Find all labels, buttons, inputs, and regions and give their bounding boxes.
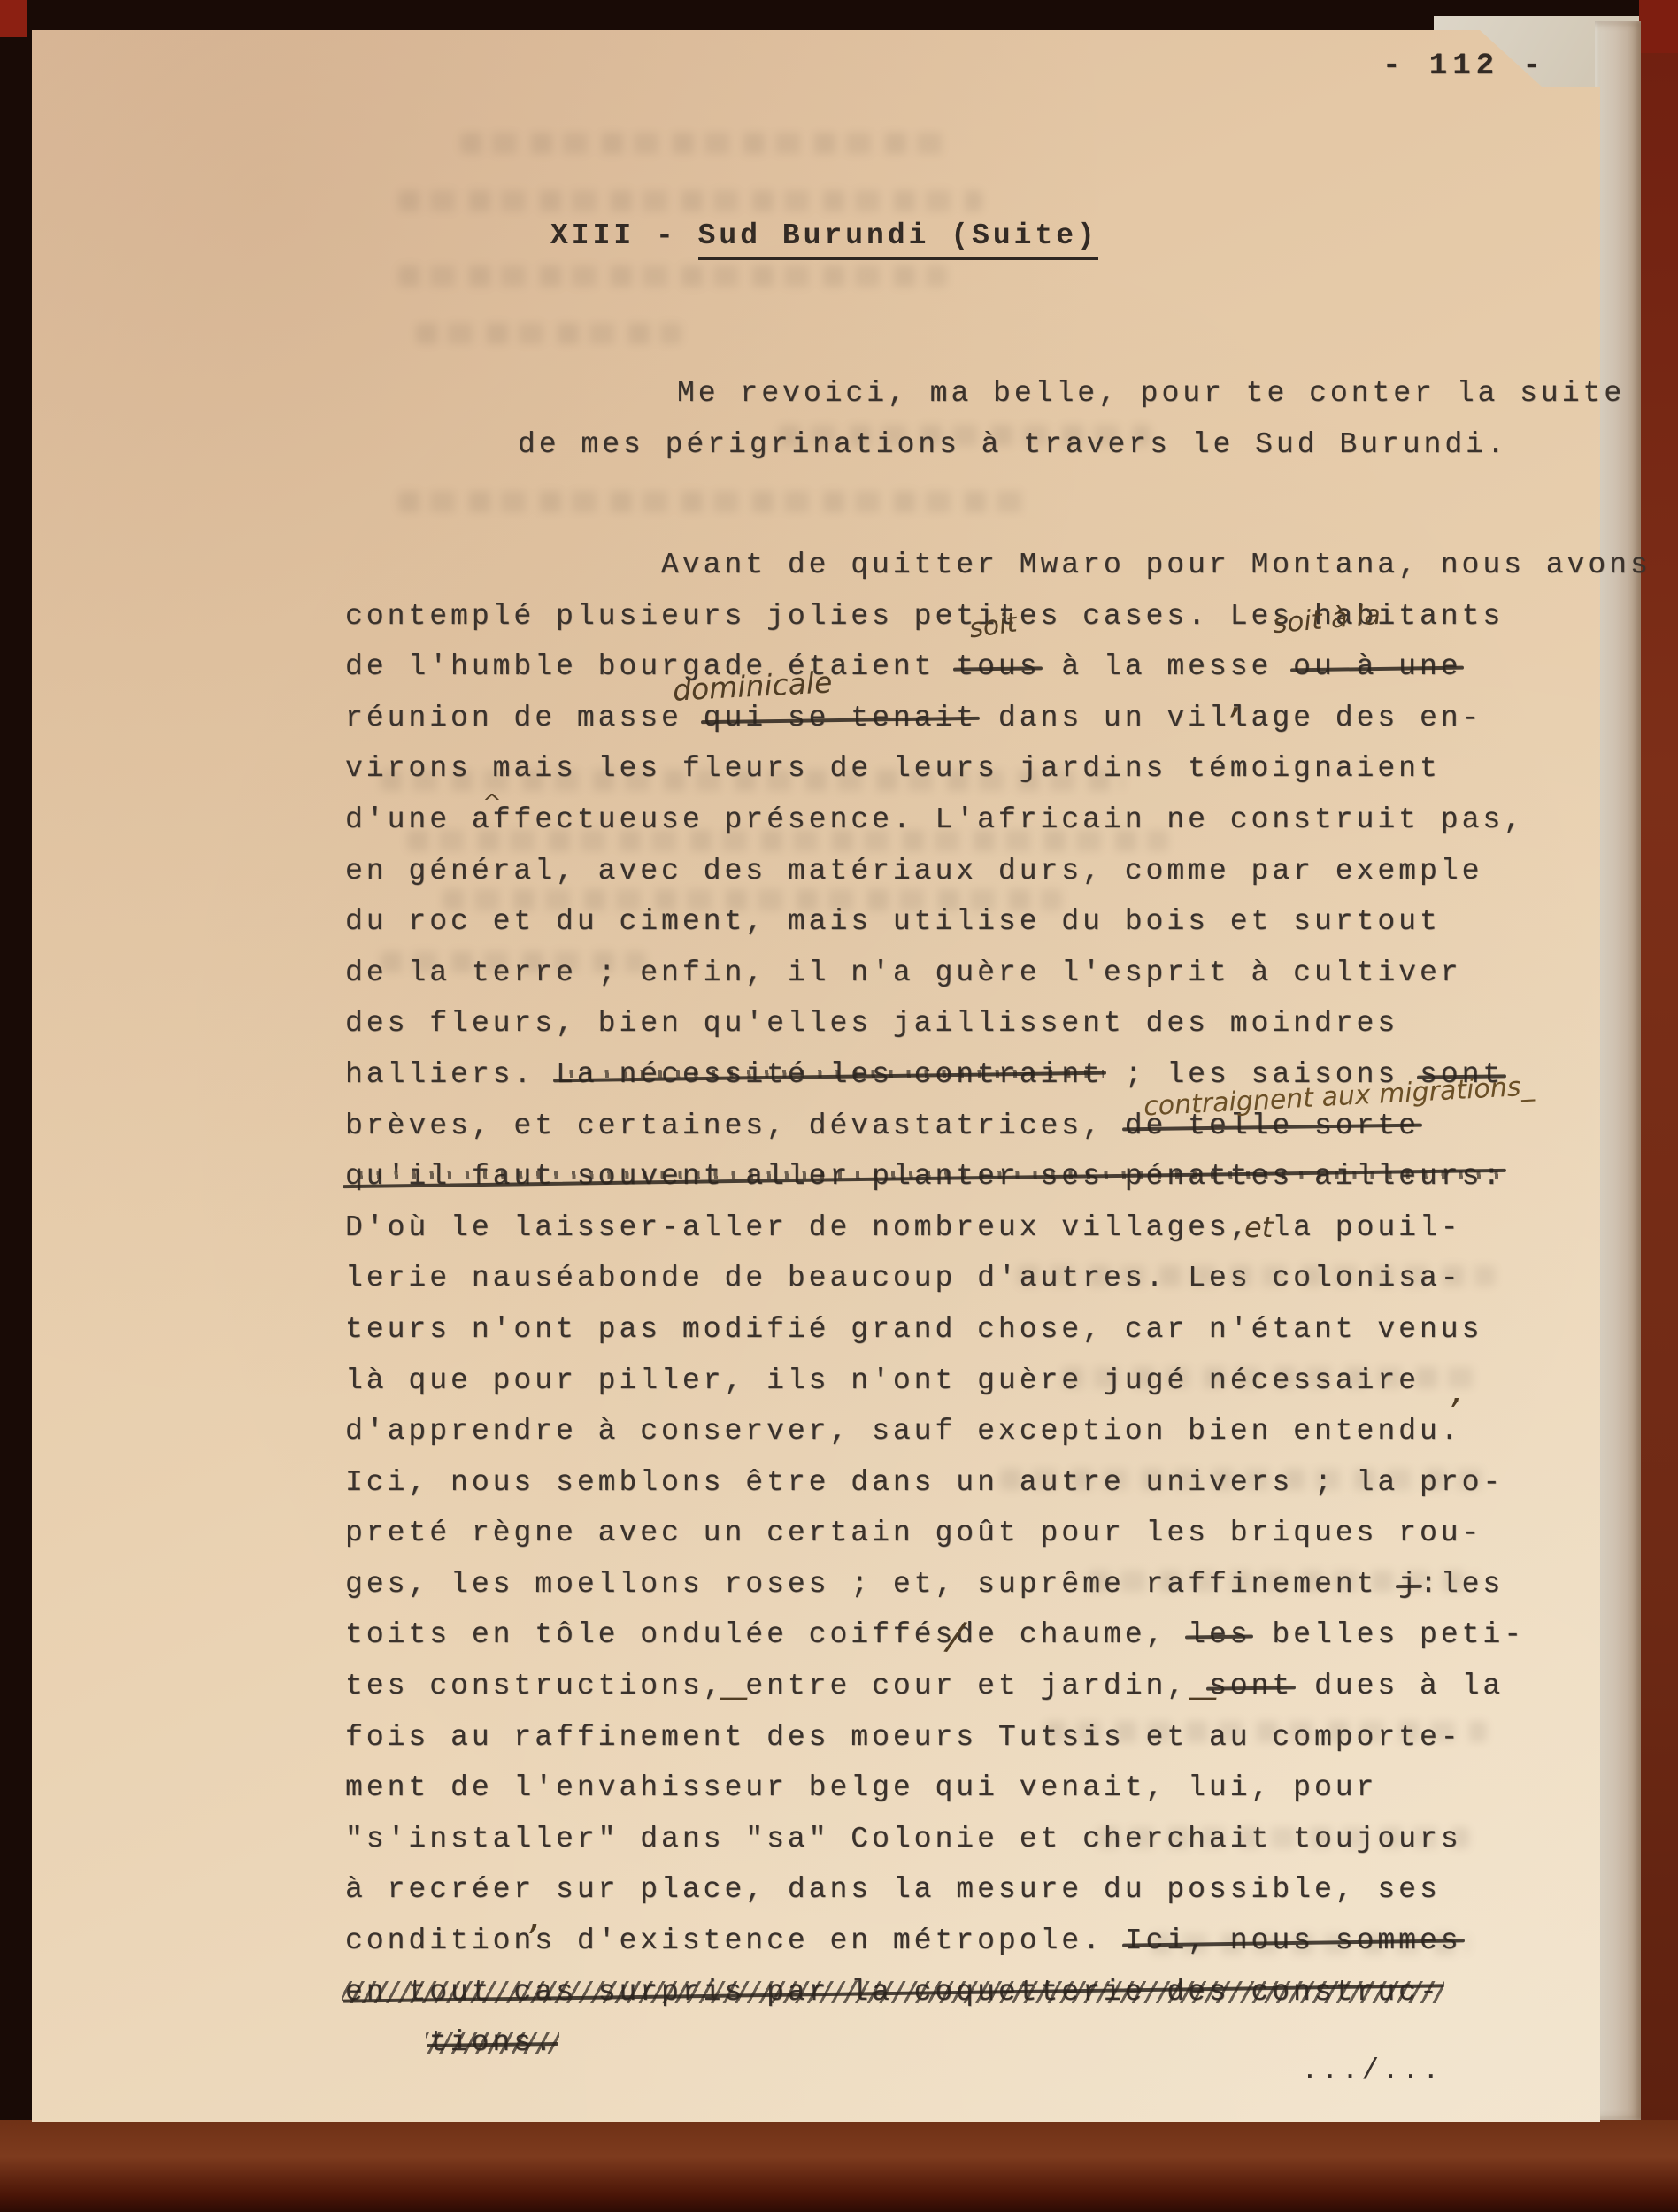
typed-text: de mes périgrinations à travers le Sud B… — [518, 428, 1508, 461]
page-stack-edge — [1595, 21, 1641, 2120]
typed-text: d'apprendre à conserver, sauf exception … — [345, 1415, 1462, 1448]
typed-text: à la messe — [1041, 650, 1294, 683]
typed-text: entre cour et jardin, — [745, 1670, 1209, 1702]
typed-line: conditions d'existence en métropole. Ici… — [345, 1916, 1549, 1967]
typed-line: virons mais les fleurs de leurs jardins … — [345, 743, 1549, 795]
struck-text: j — [1398, 1568, 1420, 1601]
typed-text: preté règne avec un certain goût pour le… — [345, 1517, 1482, 1549]
typed-text: lerie nauséabonde de beaucoup d'autres. … — [345, 1262, 1462, 1294]
table-surface-right — [1639, 0, 1678, 2212]
typed-line: en tout cas surpris par la coquetterie d… — [345, 1967, 1549, 2018]
table-surface-corner — [0, 0, 27, 37]
bleed-through-text — [398, 491, 1035, 512]
typed-text: ges, les moellons roses ; et, suprême ra… — [345, 1568, 1398, 1601]
typed-text: en général, avec des matériaux durs, com… — [345, 855, 1482, 887]
typed-text: dues à la — [1293, 1670, 1504, 1702]
typed-text: réunion de masse — [345, 702, 704, 734]
typed-text: la pouil- — [1251, 1211, 1462, 1244]
typed-text: là que pour piller, ils n'ont guère jugé… — [345, 1364, 1420, 1397]
typed-line: réunion de masse qui se tenait dans un v… — [345, 693, 1549, 744]
typed-line: qu'il faut souvent aller planter ses pén… — [345, 1151, 1549, 1202]
typed-text: halliers. — [345, 1058, 556, 1091]
typed-text: brèves, et certaines, dévastatrices, — [345, 1110, 1125, 1142]
typed-line: ges, les moellons roses ; et, suprême ra… — [345, 1559, 1549, 1610]
handwritten-annotation: soit — [967, 607, 1019, 644]
typed-line: fois au raffinement des moeurs Tutsis et… — [345, 1712, 1549, 1763]
typed-text: à recréer sur place, dans la mesure du p… — [345, 1873, 1441, 1906]
bleed-through-text — [398, 190, 982, 211]
typed-text: "s'installer" dans "sa" Colonie et cherc… — [345, 1823, 1462, 1855]
typed-line: du roc et du ciment, mais utilise du boi… — [345, 896, 1549, 948]
typed-line: à recréer sur place, dans la mesure du p… — [345, 1864, 1549, 1916]
struck-text: les — [1188, 1618, 1251, 1651]
handwritten-comma: , — [529, 1893, 542, 1939]
typed-text: virons mais les fleurs de leurs jardins … — [345, 752, 1441, 785]
typed-line: ment de l'envahisseur belge qui venait, … — [345, 1763, 1549, 1814]
typed-text: ment de l'envahisseur belge qui venait, … — [345, 1771, 1377, 1804]
handwritten-comma: , — [1230, 674, 1243, 722]
typed-line: "s'installer" dans "sa" Colonie et cherc… — [345, 1814, 1549, 1865]
section-number: XIII - — [550, 219, 698, 252]
handwritten-annotation: et — [1244, 1210, 1273, 1244]
typed-line: de la terre ; enfin, il n'a guère l'espr… — [345, 948, 1549, 999]
handwritten-dash: — — [719, 1679, 749, 1715]
typed-line: de l'humble bourgade étaient tous à la m… — [345, 641, 1549, 693]
typed-line: teurs n'ont pas modifié grand chose, car… — [345, 1304, 1549, 1356]
table-surface-corner — [1639, 0, 1678, 53]
section-title: XIII - Sud Burundi (Suite) — [550, 219, 1098, 252]
typed-line: preté règne avec un certain goût pour le… — [345, 1508, 1549, 1559]
typed-text: toits en tôle ondulée coiffés — [345, 1618, 956, 1651]
bleed-through-text — [460, 133, 956, 154]
handwritten-caret: ^ — [482, 790, 502, 817]
typed-line: de mes périgrinations à travers le Sud B… — [518, 419, 1625, 471]
typed-text: fois au raffinement des moeurs Tutsis et… — [345, 1721, 1462, 1754]
typed-line: tes constructions, entre cour et jardin,… — [345, 1661, 1549, 1712]
typed-line: Ici, nous semblons être dans un autre un… — [345, 1457, 1549, 1509]
typed-line: d'apprendre à conserver, sauf exception … — [345, 1406, 1549, 1457]
handwritten-dash: — — [1188, 1679, 1218, 1715]
typed-line: en général, avec des matériaux durs, com… — [345, 846, 1549, 897]
section-title-underlined: Sud Burundi (Suite) — [698, 219, 1098, 260]
typed-line: D'où le laisser-aller de nombreux villag… — [345, 1202, 1549, 1254]
struck-text: sont — [1209, 1670, 1293, 1702]
struck-text: qui se tenait — [704, 702, 977, 734]
typed-line: Me revoici, ma belle, pour te conter la … — [518, 368, 1625, 419]
handwritten-comma: , — [1451, 1368, 1463, 1411]
document-photo: { "page": { "number": "- 112 -", "title_… — [0, 0, 1678, 2212]
struck-text: La nécessité les contraint — [556, 1058, 1104, 1091]
typed-line: des fleurs, bien qu'elles jaillissent de… — [345, 998, 1549, 1049]
struck-text: Ici, nous sommes — [1125, 1924, 1462, 1957]
page-number: - 112 - — [1382, 50, 1546, 83]
typed-text: teurs n'ont pas modifié grand chose, car… — [345, 1313, 1482, 1346]
typed-text: du roc et du ciment, mais utilise du boi… — [345, 905, 1441, 938]
typed-text: belles peti- — [1251, 1618, 1525, 1651]
struck-text: ou à une — [1293, 650, 1461, 683]
continuation-mark: .../... — [1301, 2055, 1443, 2087]
struck-line: en tout cas surpris par la coquetterie d… — [345, 1976, 1441, 2008]
typed-text: Me revoici, ma belle, pour te conter la … — [677, 377, 1625, 410]
typed-text: de chaume, — [956, 1618, 1188, 1651]
typed-text: Ici, nous semblons être dans un autre un… — [345, 1466, 1504, 1499]
typed-line: là que pour piller, ils n'ont guère jugé… — [345, 1356, 1549, 1407]
table-surface-bottom — [0, 2120, 1678, 2212]
typed-line: lerie nauséabonde de beaucoup d'autres. … — [345, 1253, 1549, 1304]
typed-line: Avant de quitter Mwaro pour Montana, nou… — [345, 540, 1549, 591]
struck-line: qu'il faut souvent aller planter ses pén… — [345, 1160, 1504, 1193]
typed-text: conditions d'existence en métropole. — [345, 1924, 1125, 1957]
bleed-through-text — [398, 265, 947, 287]
typed-line: d'une affectueuse présence. L'africain n… — [345, 795, 1549, 846]
typed-text: d'une affectueuse présence. L'africain n… — [345, 803, 1525, 836]
typed-text: de la terre ; enfin, il n'a guère l'espr… — [345, 956, 1462, 989]
bleed-through-text — [416, 323, 681, 344]
struck-text: tous — [956, 650, 1040, 683]
typed-text: tes constructions, — [345, 1670, 745, 1702]
typed-text: :les — [1420, 1568, 1504, 1601]
typed-text: D'où le laisser-aller de nombreux villag… — [345, 1211, 1251, 1244]
typed-text: Avant de quitter Mwaro pour Montana, nou… — [661, 549, 1651, 581]
paragraph: Avant de quitter Mwaro pour Montana, nou… — [345, 540, 1549, 2069]
struck-text: tions. — [429, 2026, 556, 2059]
typed-text: des fleurs, bien qu'elles jaillissent de… — [345, 1007, 1398, 1040]
typed-text: de l'humble bourgade étaient — [345, 650, 956, 683]
paragraph: Me revoici, ma belle, pour te conter la … — [518, 368, 1625, 470]
